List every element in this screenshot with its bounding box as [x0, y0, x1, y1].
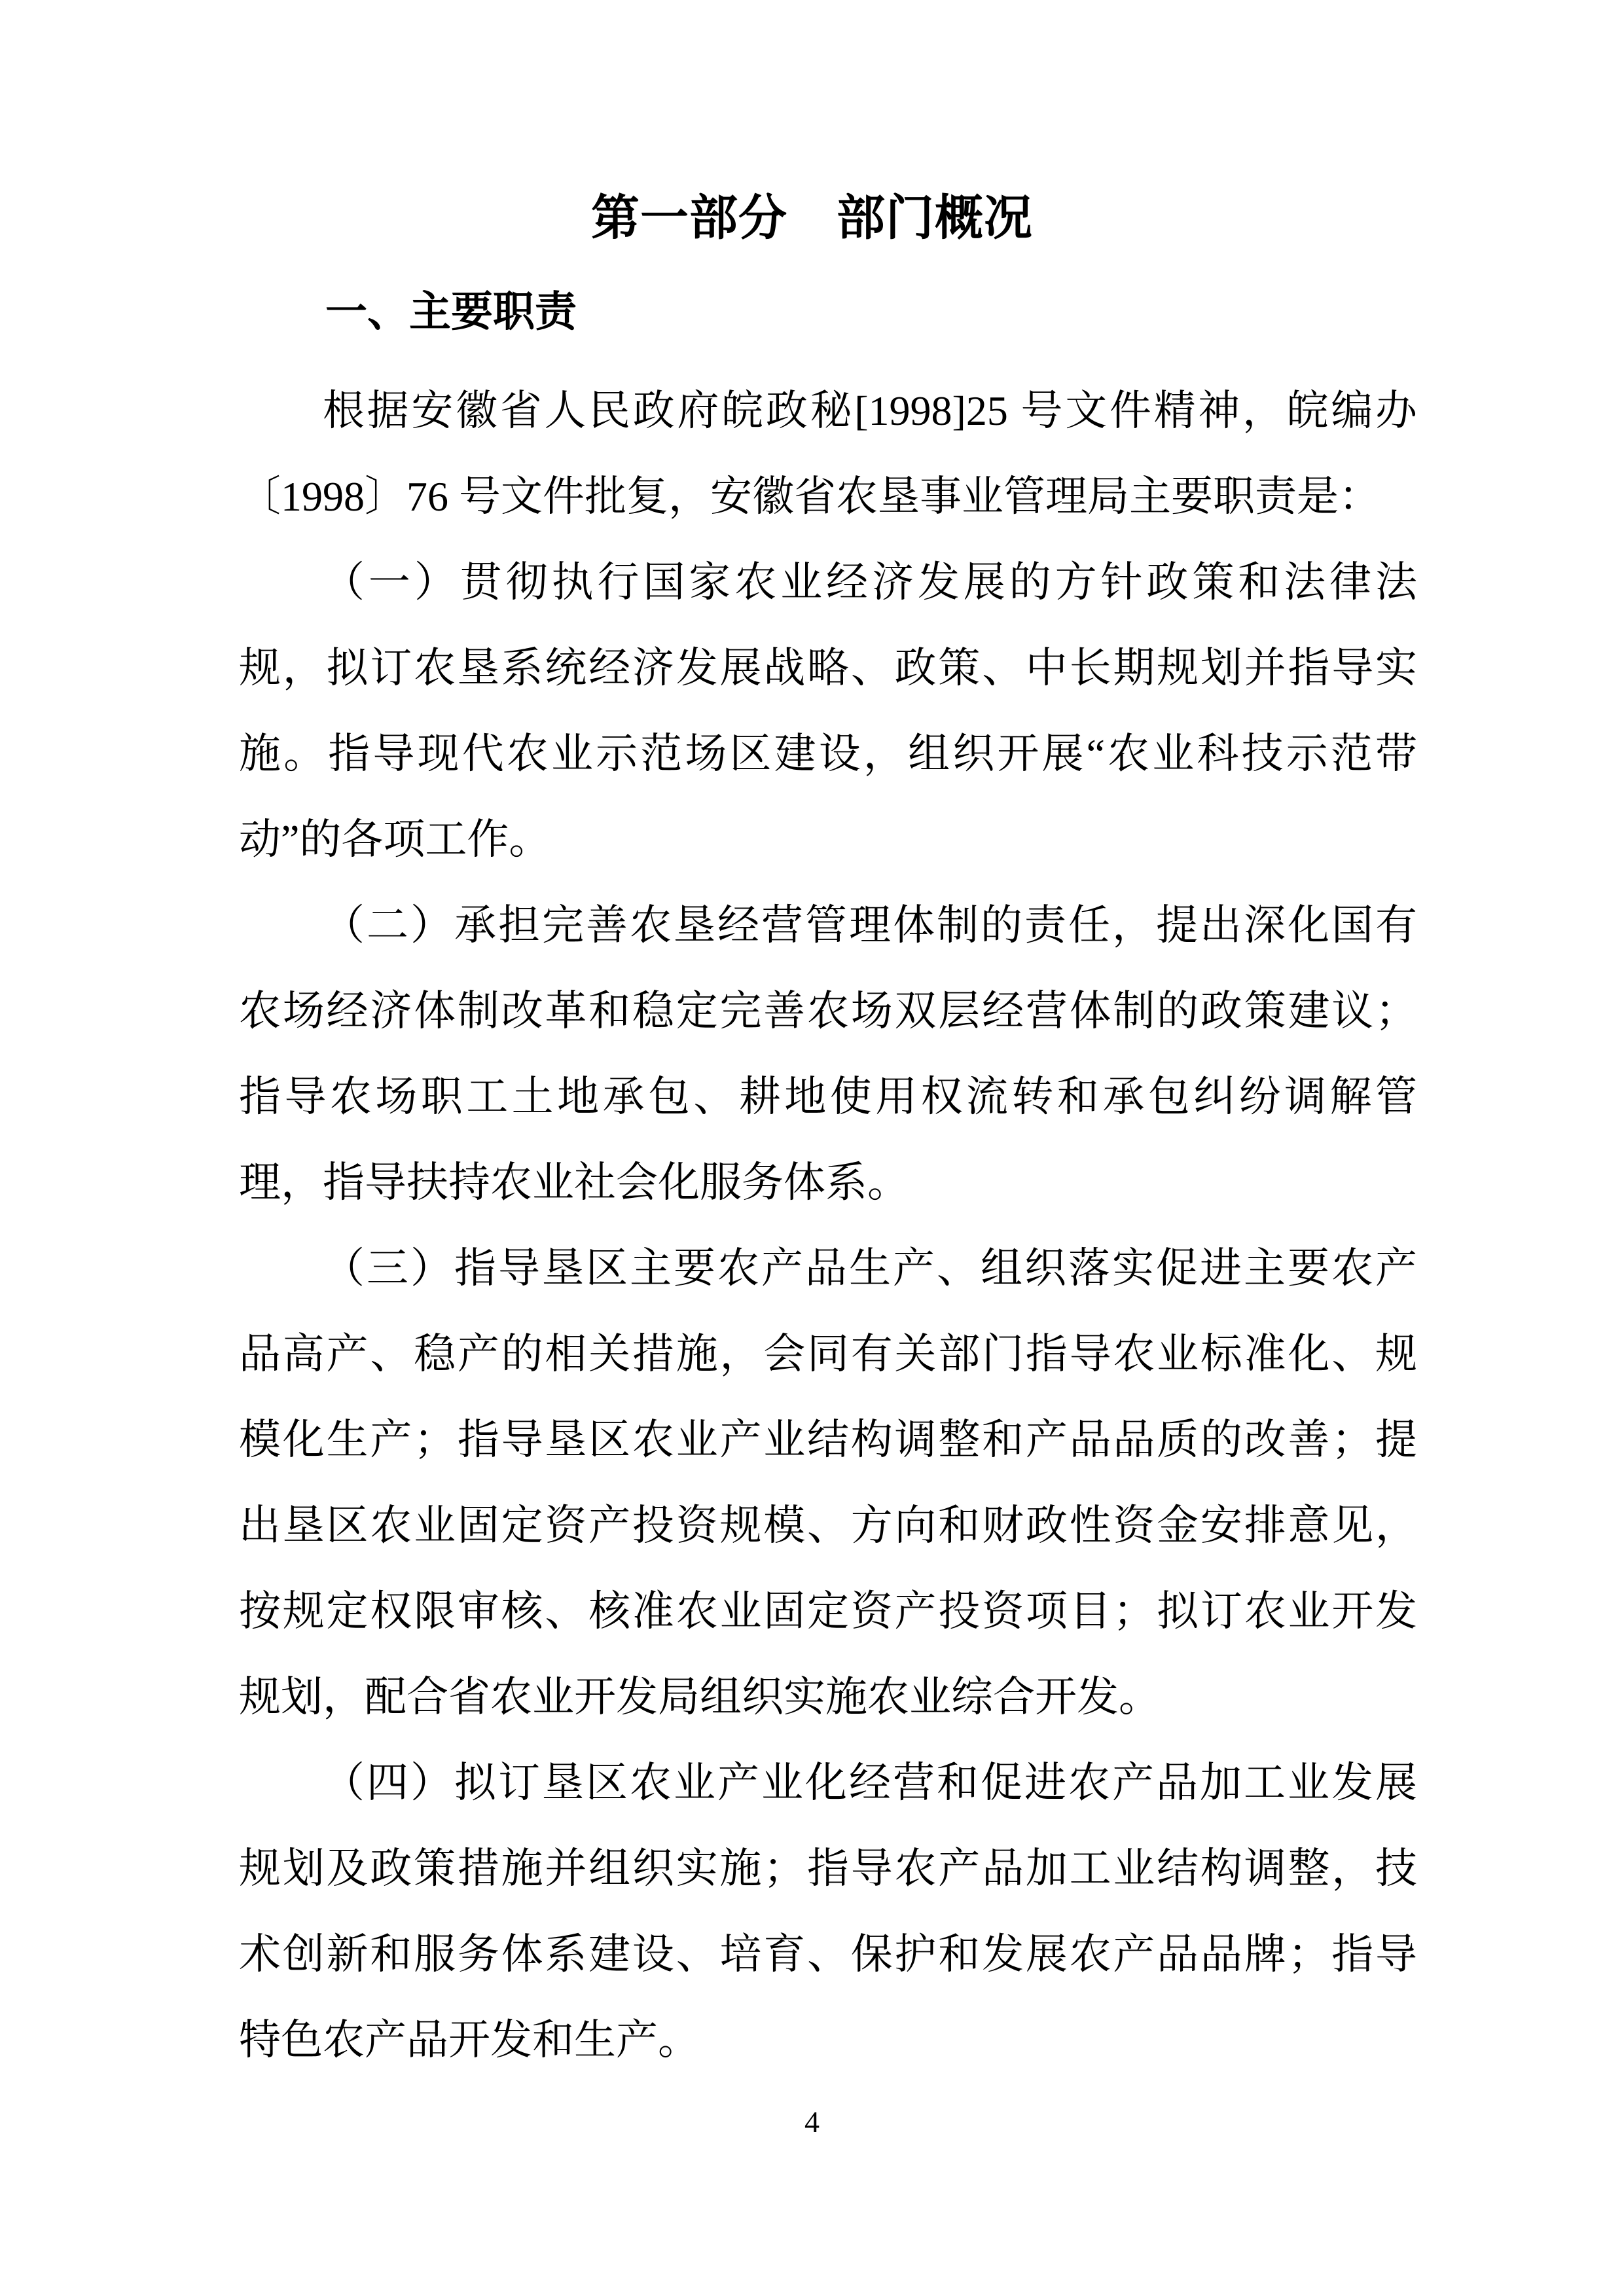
body-line: （四）拟订垦区农业产业化经营和促进农产品加工业发展: [239, 1740, 1417, 1826]
body-line: 施。指导现代农业示范场区建设，组织开展“农业科技示范带: [239, 711, 1417, 797]
body-line: 〔1998〕76 号文件批复，安徽省农垦事业管理局主要职责是：: [239, 454, 1417, 539]
body-line: 理，指导扶持农业社会化服务体系。: [239, 1140, 1417, 1225]
section-heading: 一、主要职责: [325, 288, 577, 335]
body-line: 术创新和服务体系建设、培育、保护和发展农产品品牌；指导: [239, 1911, 1417, 1997]
body-line: （二）承担完善农垦经营管理体制的责任，提出深化国有: [239, 882, 1417, 968]
body-line: 特色农产品开发和生产。: [239, 1997, 1417, 2083]
body-line: （一）贯彻执行国家农业经济发展的方针政策和法律法: [239, 539, 1417, 625]
body-line: 模化生产；指导垦区农业产业结构调整和产品品质的改善；提: [239, 1397, 1417, 1483]
body-line: 品高产、稳产的相关措施，会同有关部门指导农业标准化、规: [239, 1311, 1417, 1397]
body-line: 规划及政策措施并组织实施；指导农产品加工业结构调整，技: [239, 1826, 1417, 1911]
body-line: 根据安徽省人民政府皖政秘[1998]25 号文件精神，皖编办: [239, 368, 1417, 454]
page-number: 4: [0, 2103, 1624, 2142]
body-line: 农场经济体制改革和稳定完善农场双层经营体制的政策建议；: [239, 968, 1417, 1054]
document-title: 第一部分 部门概况: [0, 185, 1624, 251]
body-line: 规，拟订农垦系统经济发展战略、政策、中长期规划并指导实: [239, 625, 1417, 711]
body-line: 指导农场职工土地承包、耕地使用权流转和承包纠纷调解管: [239, 1054, 1417, 1140]
body-line: 按规定权限审核、核准农业固定资产投资项目；拟订农业开发: [239, 1568, 1417, 1654]
document-body: 根据安徽省人民政府皖政秘[1998]25 号文件精神，皖编办 〔1998〕76 …: [239, 368, 1417, 2083]
body-line: 出垦区农业固定资产投资规模、方向和财政性资金安排意见，: [239, 1483, 1417, 1568]
body-line: 动”的各项工作。: [239, 797, 1417, 882]
document-page: 第一部分 部门概况 一、主要职责 根据安徽省人民政府皖政秘[1998]25 号文…: [0, 0, 1624, 2295]
body-line: （三）指导垦区主要农产品生产、组织落实促进主要农产: [239, 1225, 1417, 1311]
body-line: 规划，配合省农业开发局组织实施农业综合开发。: [239, 1654, 1417, 1740]
